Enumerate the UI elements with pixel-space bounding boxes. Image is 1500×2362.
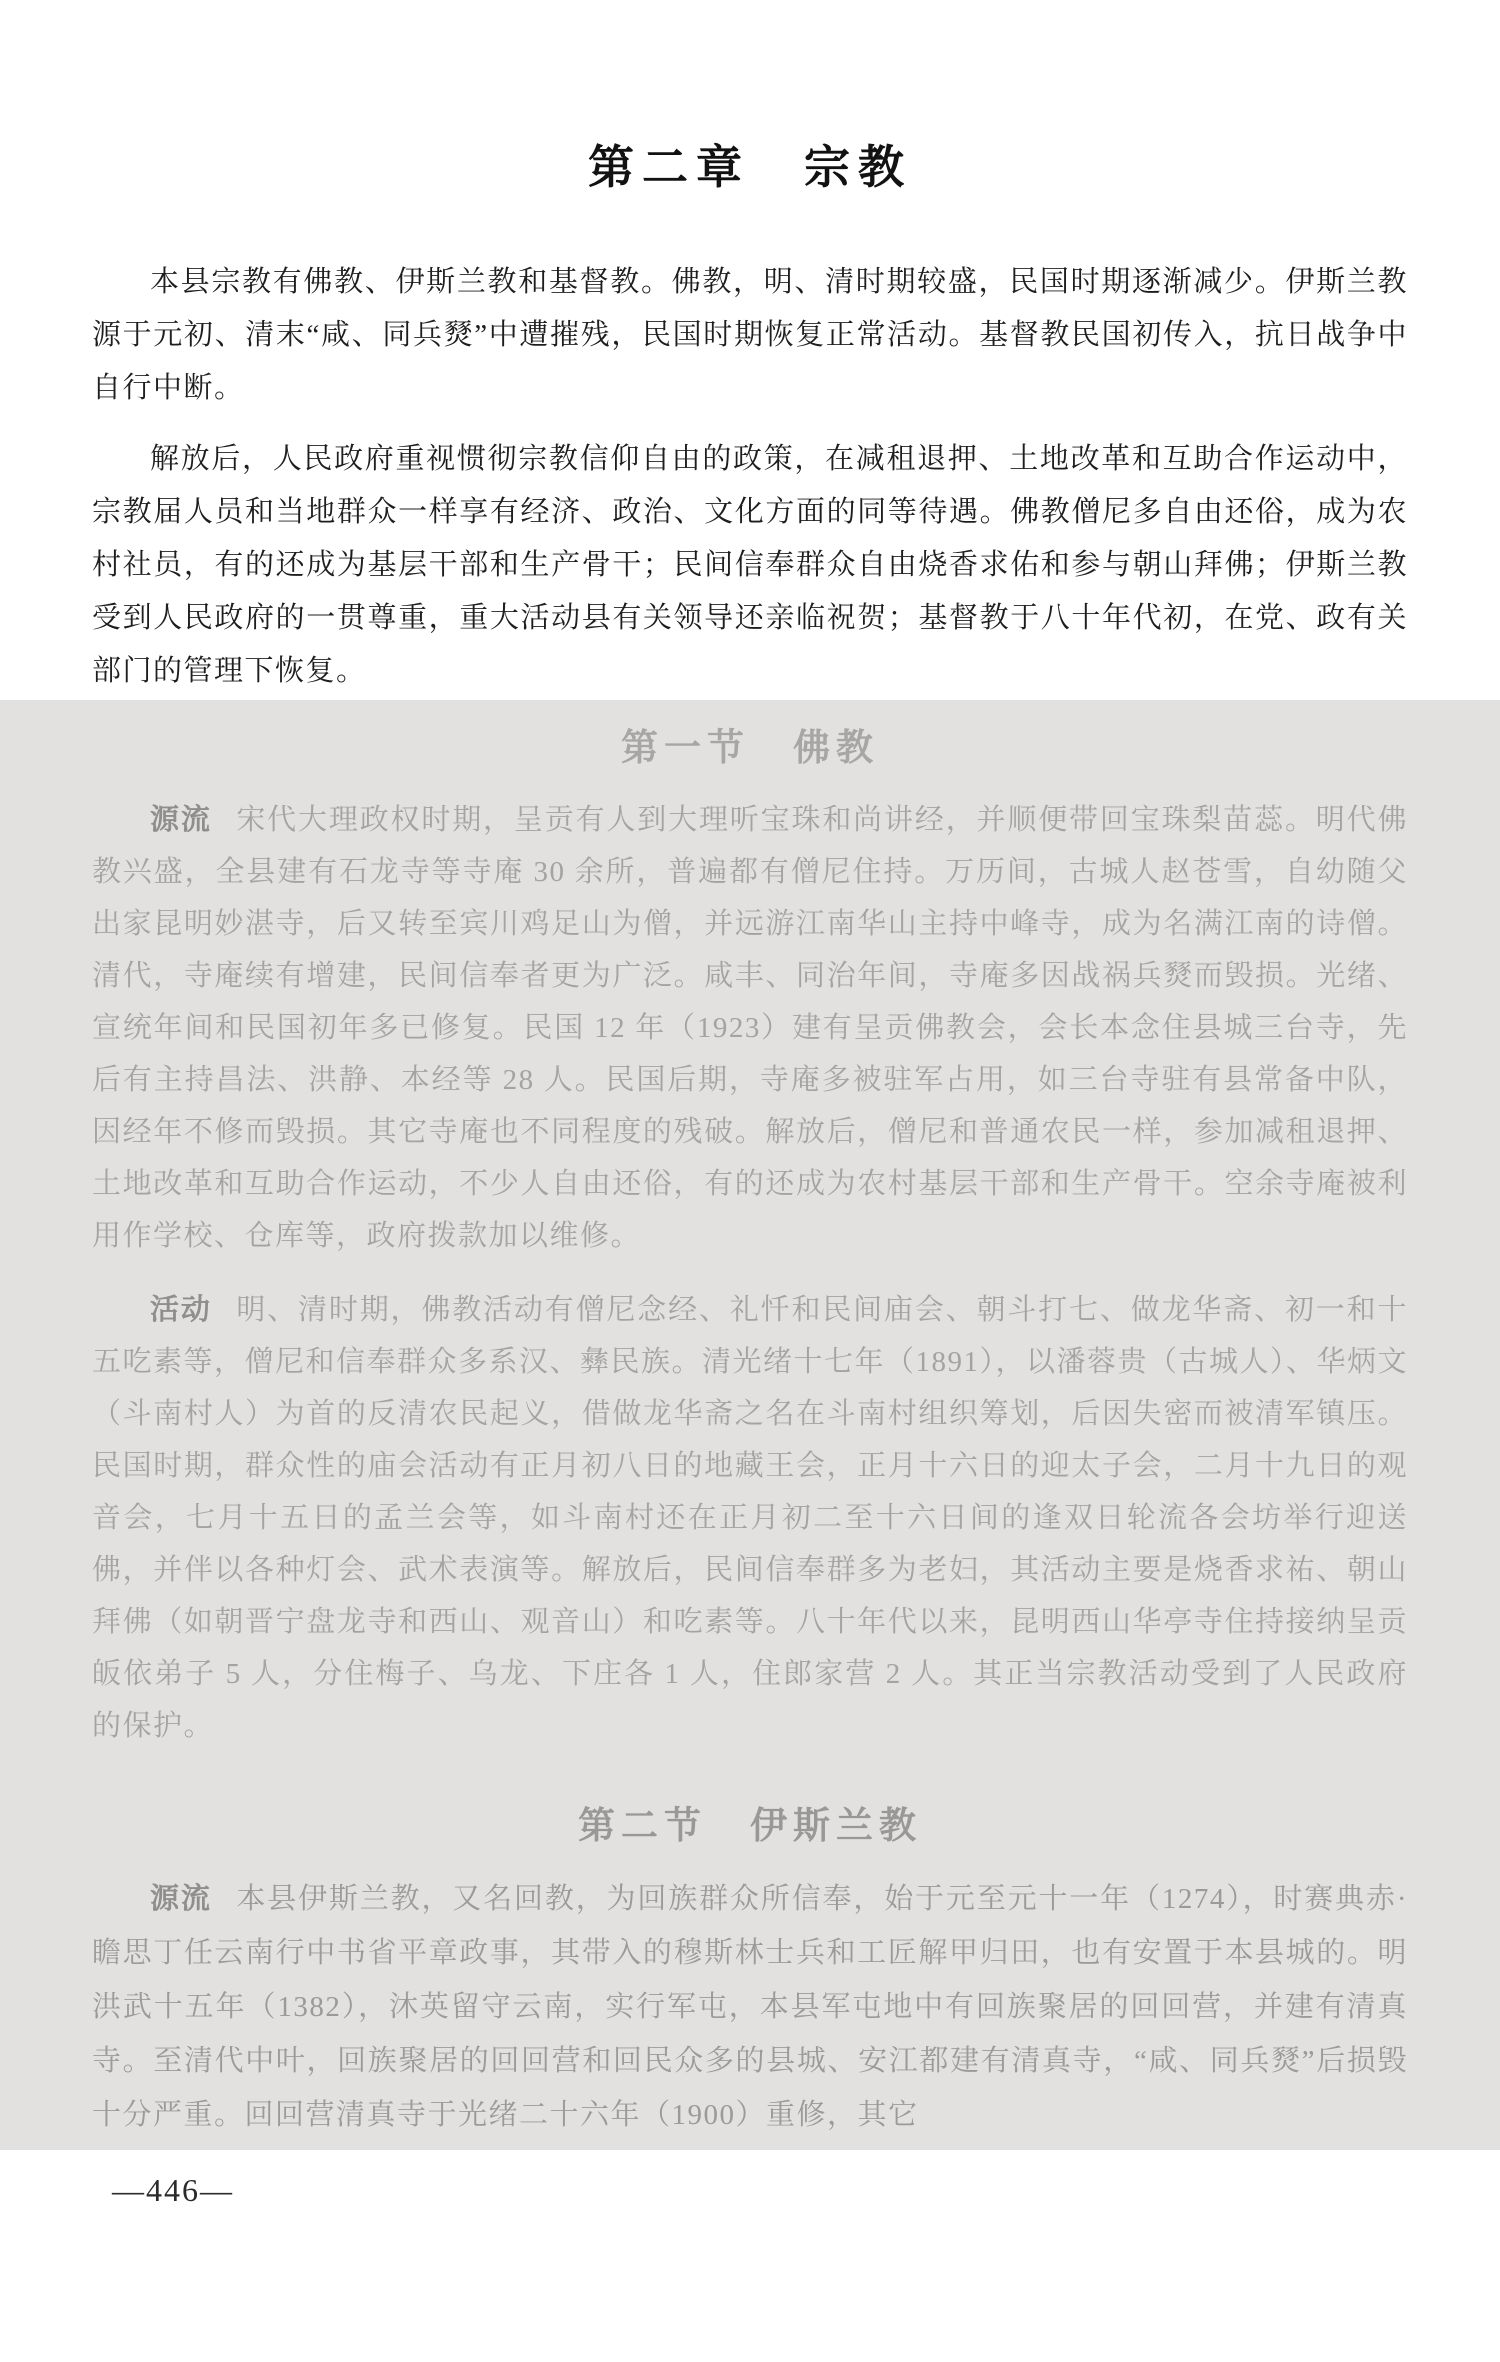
- origins-label: 源流: [150, 804, 212, 836]
- intro-paragraph-1: 本县宗教有佛教、伊斯兰教和基督教。佛教，明、清时期较盛，民国时期逐渐减少。伊斯兰…: [92, 256, 1408, 415]
- activities-label: 活动: [150, 1294, 212, 1326]
- section2-heading: 第二节 伊斯兰教: [92, 1804, 1408, 1850]
- section1-origins-paragraph: 源流宋代大理政权时期，呈贡有人到大理听宝珠和尚讲经，并顺便带回宝珠梨苗蕊。明代佛…: [92, 794, 1408, 1262]
- islam-origins-label: 源流: [150, 1883, 212, 1915]
- origins-text: 宋代大理政权时期，呈贡有人到大理听宝珠和尚讲经，并顺便带回宝珠梨苗蕊。明代佛教兴…: [92, 804, 1408, 1252]
- page-number: —446—: [112, 2172, 234, 2209]
- intro-paragraph-2: 解放后，人民政府重视惯彻宗教信仰自由的政策，在减租退押、土地改革和互助合作运动中…: [92, 433, 1408, 698]
- chapter-title: 第二章 宗教: [92, 138, 1408, 198]
- section2-origins-paragraph: 源流本县伊斯兰教，又名回教，为回族群众所信奉，始于元至元十一年（1274），时赛…: [92, 1872, 1408, 2142]
- section1-activities-paragraph: 活动明、清时期，佛教活动有僧尼念经、礼忏和民间庙会、朝斗打七、做龙华斋、初一和十…: [92, 1284, 1408, 1752]
- section1-heading: 第一节 佛教: [92, 726, 1408, 772]
- page-content: 第二章 宗教 本县宗教有佛教、伊斯兰教和基督教。佛教，明、清时期较盛，民国时期逐…: [0, 0, 1500, 2362]
- book-page: 第二章 宗教 本县宗教有佛教、伊斯兰教和基督教。佛教，明、清时期较盛，民国时期逐…: [0, 0, 1500, 2362]
- islam-origins-text: 本县伊斯兰教，又名回教，为回族群众所信奉，始于元至元十一年（1274），时赛典赤…: [92, 1883, 1408, 2131]
- activities-text: 明、清时期，佛教活动有僧尼念经、礼忏和民间庙会、朝斗打七、做龙华斋、初一和十五吃…: [92, 1294, 1408, 1742]
